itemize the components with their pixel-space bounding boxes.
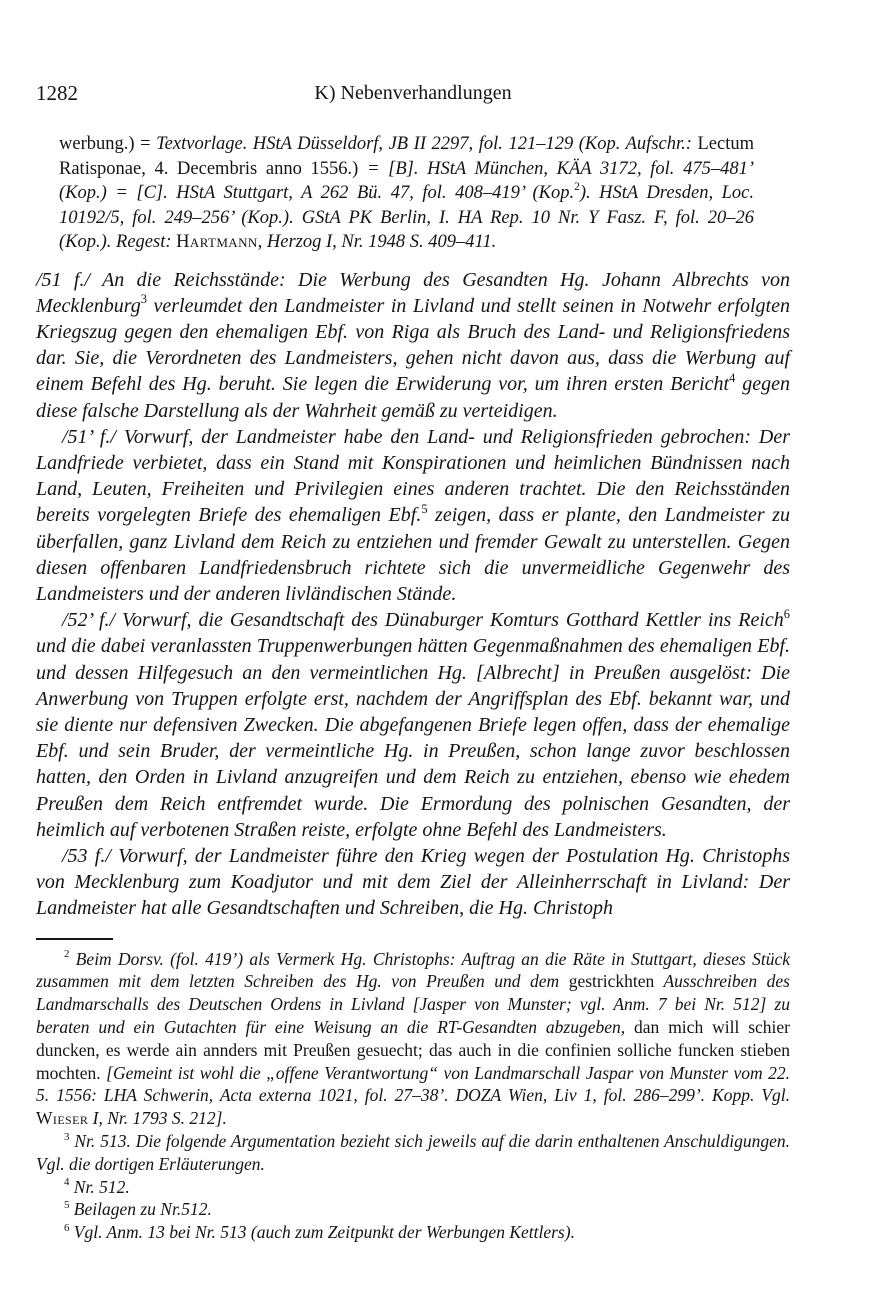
text-segment: gestrickhten [569,971,655,991]
footnote-marker: 6 [64,1222,69,1234]
footnotes-block: 2 Beim Dorsv. (fol. 419’) als Vermerk Hg… [36,948,790,1244]
text-segment: Nr. 513. Die folgende Argumentation bezi… [36,1131,790,1174]
text-segment: Hartmann [176,232,258,252]
text-segment: I, Nr. 1793 S. 212]. [88,1108,227,1128]
footnote-marker: 3 [141,292,147,306]
page-header: 1282 K) Nebenverhandlungen [36,80,790,106]
footnote-marker: 5 [421,502,427,516]
footnote-marker: 2 [64,948,69,960]
footnote-separator-rule [36,938,113,940]
text-segment: Textvorlage. HStA Düsseldorf, JB II 2297… [156,134,697,154]
footnote: 2 Beim Dorsv. (fol. 419’) als Vermerk Hg… [36,948,790,1130]
footnote-marker: 4 [64,1176,69,1188]
text-segment: werbung.) = [59,134,156,154]
text-segment: Beilagen zu Nr.512. [69,1199,211,1219]
regest-paragraph: /52’ f./ Vorwurf, die Gesandtschaft des … [36,607,790,843]
text-segment: Nr. 512. [69,1177,129,1197]
footnote-marker: 3 [64,1131,69,1143]
footnote-marker: 2 [574,181,580,193]
text-segment: verleumdet den Landmeister in Livland un… [36,295,790,396]
footnote: 6 Vgl. Anm. 13 bei Nr. 513 (auch zum Zei… [36,1221,790,1244]
footnote-marker: 4 [729,371,735,385]
text-segment: /52’ f./ Vorwurf, die Gesandtschaft des … [62,609,784,631]
footnote: 5 Beilagen zu Nr.512. [36,1198,790,1221]
text-segment: /53 f./ Vorwurf, der Landmeister führe d… [36,845,790,919]
source-apparatus-block: werbung.) = Textvorlage. HStA Düsseldorf… [59,132,754,255]
regest-paragraph: /51 f./ An die Reichsstände: Die Werbung… [36,267,790,424]
regest-paragraph: /51’ f./ Vorwurf, der Landmeister habe d… [36,424,790,607]
text-segment: , Herzog I, Nr. 1948 S. 409–411. [258,232,497,252]
running-head: K) Nebenverhandlungen [36,80,790,106]
footnote: 3 Nr. 513. Die folgende Argumentation be… [36,1130,790,1176]
regest-paragraph: /53 f./ Vorwurf, der Landmeister führe d… [36,843,790,922]
footnote: 4 Nr. 512. [36,1176,790,1199]
text-segment: [Gemeint ist wohl die „offene Verantwort… [36,1063,790,1106]
text-segment: Vgl. Anm. 13 bei Nr. 513 (auch zum Zeitp… [69,1222,575,1242]
text-segment: Wieser [36,1108,88,1128]
page-number: 1282 [36,80,78,106]
footnote-marker: 5 [64,1199,69,1211]
text-segment: und die dabei veranlassten Truppenwerbun… [36,635,790,840]
regest-body: /51 f./ An die Reichsstände: Die Werbung… [36,267,790,922]
book-page: 1282 K) Nebenverhandlungen werbung.) = T… [0,0,891,1300]
footnote-marker: 6 [784,607,790,621]
